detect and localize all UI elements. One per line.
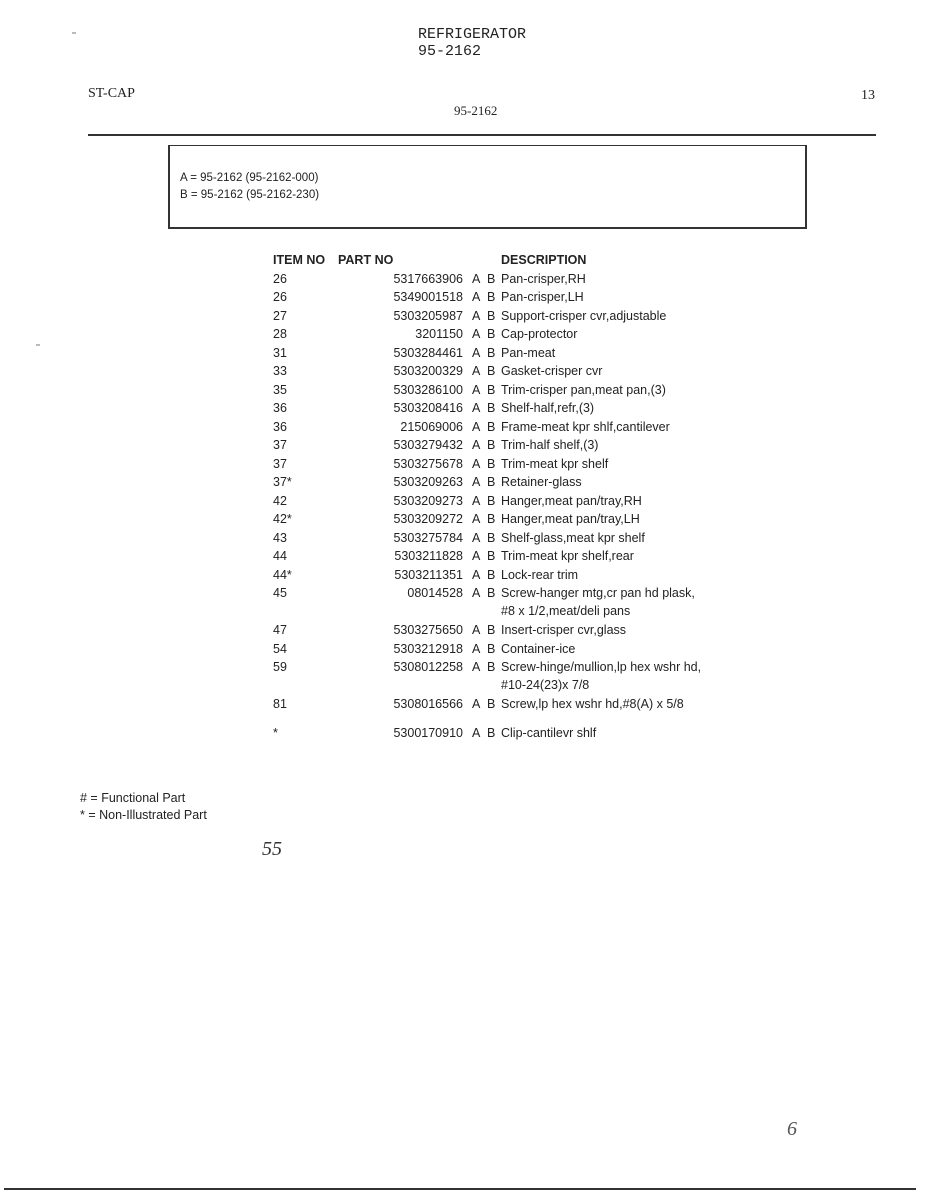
header-divider (88, 134, 876, 136)
part-number: 5303211351 (333, 568, 463, 582)
part-description: Pan-crisper,RH (501, 272, 586, 286)
column-header-item-no: ITEM NO (273, 253, 325, 267)
part-description: Retainer-glass (501, 475, 582, 489)
document-title: REFRIGERATOR 95-2162 (418, 26, 526, 60)
part-number: 5303212918 (333, 642, 463, 656)
part-number: 5303284461 (333, 346, 463, 360)
part-number: 3201150 (333, 327, 463, 341)
model-b-flag: B (487, 327, 495, 341)
part-number: 5303209272 (333, 512, 463, 526)
model-a-flag: A (472, 568, 480, 582)
item-number: * (273, 726, 278, 740)
part-number: 5308012258 (333, 660, 463, 674)
item-number: 31 (273, 346, 287, 360)
part-number: 5349001518 (333, 290, 463, 304)
model-a-flag: A (472, 309, 480, 323)
model-a-flag: A (472, 642, 480, 656)
item-number: 42 (273, 494, 287, 508)
item-number: 28 (273, 327, 287, 341)
item-number: 35 (273, 383, 287, 397)
item-number: 26 (273, 290, 287, 304)
part-description: Screw-hanger mtg,cr pan hd plask, (501, 586, 695, 600)
page-number: 13 (861, 88, 875, 104)
scan-speck (36, 344, 40, 346)
model-a-flag: A (472, 726, 480, 740)
model-a-flag: A (472, 660, 480, 674)
model-b-flag: B (487, 290, 495, 304)
footnotes: # = Functional Part * = Non-Illustrated … (80, 790, 207, 824)
part-description: Clip-cantilevr shlf (501, 726, 596, 740)
title-product: REFRIGERATOR (418, 26, 526, 43)
part-number: 5303279432 (333, 438, 463, 452)
legend-model-b: B = 95-2162 (95-2162-230) (180, 189, 319, 201)
model-b-flag: B (487, 549, 495, 563)
model-a-flag: A (472, 623, 480, 637)
model-legend-box: A = 95-2162 (95-2162-000) B = 95-2162 (9… (168, 145, 807, 229)
footnote-functional-part: # = Functional Part (80, 790, 207, 807)
model-b-flag: B (487, 568, 495, 582)
part-number: 5303205987 (333, 309, 463, 323)
model-b-flag: B (487, 494, 495, 508)
model-b-flag: B (487, 364, 495, 378)
part-description: Insert-crisper cvr,glass (501, 623, 626, 637)
model-b-flag: B (487, 623, 495, 637)
column-header-description: DESCRIPTION (501, 253, 586, 267)
model-number-heading: 95-2162 (454, 103, 497, 119)
model-a-flag: A (472, 494, 480, 508)
part-description: Screw-hinge/mullion,lp hex wshr hd, (501, 660, 701, 674)
model-a-flag: A (472, 346, 480, 360)
part-number: 5308016566 (333, 697, 463, 711)
part-description: Trim-crisper pan,meat pan,(3) (501, 383, 666, 397)
model-a-flag: A (472, 549, 480, 563)
part-number: 5317663906 (333, 272, 463, 286)
part-number: 5303275650 (333, 623, 463, 637)
handwritten-page-mark: 55 (262, 838, 282, 861)
item-number: 36 (273, 401, 287, 415)
item-number: 54 (273, 642, 287, 656)
item-number: 33 (273, 364, 287, 378)
part-description: Screw,lp hex wshr hd,#8(A) x 5/8 (501, 697, 684, 711)
model-b-flag: B (487, 531, 495, 545)
model-a-flag: A (472, 383, 480, 397)
model-a-flag: A (472, 290, 480, 304)
part-description-continued: #8 x 1/2,meat/deli pans (501, 604, 630, 618)
footer-divider (4, 1188, 916, 1190)
item-number: 26 (273, 272, 287, 286)
part-description: Support-crisper cvr,adjustable (501, 309, 666, 323)
model-a-flag: A (472, 401, 480, 415)
legend-model-a: A = 95-2162 (95-2162-000) (180, 172, 318, 184)
part-number: 5303209263 (333, 475, 463, 489)
item-number: 43 (273, 531, 287, 545)
model-b-flag: B (487, 586, 495, 600)
model-b-flag: B (487, 475, 495, 489)
model-b-flag: B (487, 512, 495, 526)
model-b-flag: B (487, 642, 495, 656)
part-number: 5303275784 (333, 531, 463, 545)
model-b-flag: B (487, 438, 495, 452)
scan-speck (72, 32, 76, 34)
model-a-flag: A (472, 272, 480, 286)
model-b-flag: B (487, 726, 495, 740)
part-description: Hanger,meat pan/tray,LH (501, 512, 640, 526)
item-number: 45 (273, 586, 287, 600)
model-b-flag: B (487, 383, 495, 397)
model-b-flag: B (487, 401, 495, 415)
model-a-flag: A (472, 327, 480, 341)
part-description: Shelf-half,refr,(3) (501, 401, 594, 415)
part-description: Hanger,meat pan/tray,RH (501, 494, 642, 508)
model-a-flag: A (472, 697, 480, 711)
model-a-flag: A (472, 512, 480, 526)
model-a-flag: A (472, 586, 480, 600)
part-number: 5303211828 (333, 549, 463, 563)
handwritten-corner-mark: 6 (787, 1118, 797, 1141)
item-number: 81 (273, 697, 287, 711)
part-number: 5303208416 (333, 401, 463, 415)
part-description: Gasket-crisper cvr (501, 364, 602, 378)
part-number: 5303209273 (333, 494, 463, 508)
item-number: 42* (273, 512, 292, 526)
item-number: 37* (273, 475, 292, 489)
part-description: Container-ice (501, 642, 575, 656)
part-description: Lock-rear trim (501, 568, 578, 582)
part-number: 08014528 (333, 586, 463, 600)
item-number: 37 (273, 438, 287, 452)
part-description: Trim-half shelf,(3) (501, 438, 598, 452)
model-b-flag: B (487, 346, 495, 360)
model-a-flag: A (472, 475, 480, 489)
item-number: 36 (273, 420, 287, 434)
part-description: Trim-meat kpr shelf,rear (501, 549, 634, 563)
part-number: 5303275678 (333, 457, 463, 471)
part-description: Frame-meat kpr shlf,cantilever (501, 420, 670, 434)
part-number: 215069006 (333, 420, 463, 434)
model-b-flag: B (487, 660, 495, 674)
model-a-flag: A (472, 364, 480, 378)
section-code: ST-CAP (88, 86, 135, 102)
item-number: 44* (273, 568, 292, 582)
model-b-flag: B (487, 457, 495, 471)
footnote-non-illustrated-part: * = Non-Illustrated Part (80, 807, 207, 824)
model-a-flag: A (472, 438, 480, 452)
model-a-flag: A (472, 457, 480, 471)
model-a-flag: A (472, 531, 480, 545)
model-b-flag: B (487, 697, 495, 711)
item-number: 47 (273, 623, 287, 637)
part-description: Trim-meat kpr shelf (501, 457, 608, 471)
model-b-flag: B (487, 309, 495, 323)
model-b-flag: B (487, 272, 495, 286)
title-model: 95-2162 (418, 43, 526, 60)
part-description: Pan-meat (501, 346, 555, 360)
part-description: Cap-protector (501, 327, 577, 341)
part-number: 5300170910 (333, 726, 463, 740)
model-a-flag: A (472, 420, 480, 434)
model-b-flag: B (487, 420, 495, 434)
item-number: 44 (273, 549, 287, 563)
part-description-continued: #10-24(23)x 7/8 (501, 678, 589, 692)
part-description: Shelf-glass,meat kpr shelf (501, 531, 645, 545)
item-number: 37 (273, 457, 287, 471)
column-header-part-no: PART NO (338, 253, 393, 267)
item-number: 27 (273, 309, 287, 323)
item-number: 59 (273, 660, 287, 674)
part-description: Pan-crisper,LH (501, 290, 584, 304)
part-number: 5303200329 (333, 364, 463, 378)
part-number: 5303286100 (333, 383, 463, 397)
